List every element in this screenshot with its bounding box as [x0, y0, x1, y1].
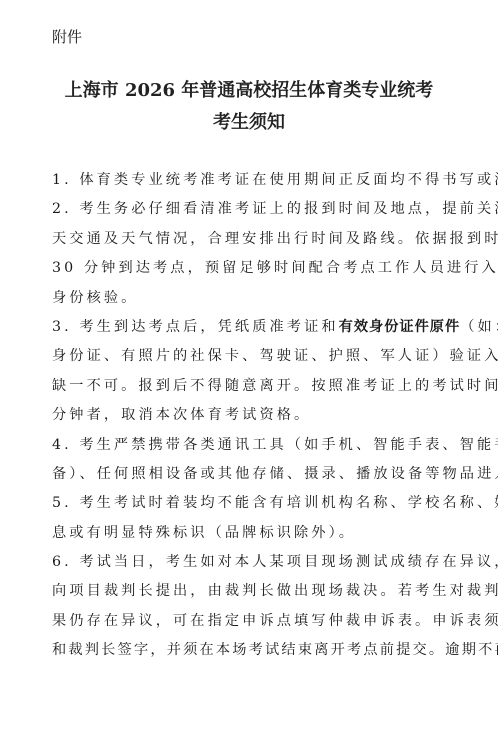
notice-line-6-post: （如：居民	[460, 319, 498, 335]
document-title: 上海市 2026 年普通高校招生体育类专业统考	[0, 76, 498, 102]
document-page: 附件 上海市 2026 年普通高校招生体育类专业统考 考生须知 1. 体育类专业…	[0, 0, 498, 736]
notice-line-12: 5. 考生考试时着装均不能含有培训机构名称、学校名称、姓名等信	[52, 489, 458, 518]
notice-line-1: 1. 体育类专业统考准考证在使用期间正反面均不得书写或涂改。	[52, 166, 458, 195]
notice-line-11: 备）、任何照相设备或其他存储、摄录、播放设备等物品进入考点。	[52, 460, 458, 489]
notice-line-16: 果仍存在异议，可在指定申诉点填写仲裁申诉表。申诉表须考生本人	[52, 607, 458, 636]
notice-line-5: 身份核验。	[52, 284, 458, 313]
notice-line-2: 2. 考生务必仔细看清准考证上的报到时间及地点，提前关注考试当	[52, 195, 458, 224]
notice-line-17: 和裁判长签字，并须在本场考试结束离开考点前提交。逾期不再受理。	[52, 636, 458, 665]
notice-line-10: 4. 考生严禁携带各类通讯工具（如手机、智能手表、智能手环等设	[52, 431, 458, 460]
notice-line-14: 6. 考试当日，考生如对本人某项目现场测试成绩存在异议，可当场	[52, 548, 458, 577]
notice-line-6-pre: 3. 考生到达考点后，凭纸质准考证和	[52, 319, 339, 335]
notice-line-7: 身份证、有照片的社保卡、驾驶证、护照、军人证）验证入场，两证	[52, 342, 458, 371]
notice-line-6: 3. 考生到达考点后，凭纸质准考证和有效身份证件原件（如：居民	[52, 313, 458, 342]
notice-line-4: 30 分钟到达考点，预留足够时间配合考点工作人员进行入场检查及	[52, 254, 458, 283]
notice-body: 1. 体育类专业统考准考证在使用期间正反面均不得书写或涂改。 2. 考生务必仔细…	[52, 166, 458, 666]
notice-line-15: 向项目裁判长提出，由裁判长做出现场裁决。若考生对裁判长裁决结	[52, 577, 458, 606]
document-subtitle: 考生须知	[0, 108, 498, 134]
notice-line-8: 缺一不可。报到后不得随意离开。按照准考证上的考试时间迟到 15	[52, 372, 458, 401]
attachment-label: 附件	[52, 26, 82, 47]
notice-line-3: 天交通及天气情况，合理安排出行时间及路线。依据报到时间提前	[52, 225, 458, 254]
notice-line-13: 息或有明显特殊标识（品牌标识除外）。	[52, 519, 458, 548]
id-document-emphasis: 有效身份证件原件	[339, 319, 461, 335]
notice-line-9: 分钟者，取消本次体育考试资格。	[52, 401, 458, 430]
